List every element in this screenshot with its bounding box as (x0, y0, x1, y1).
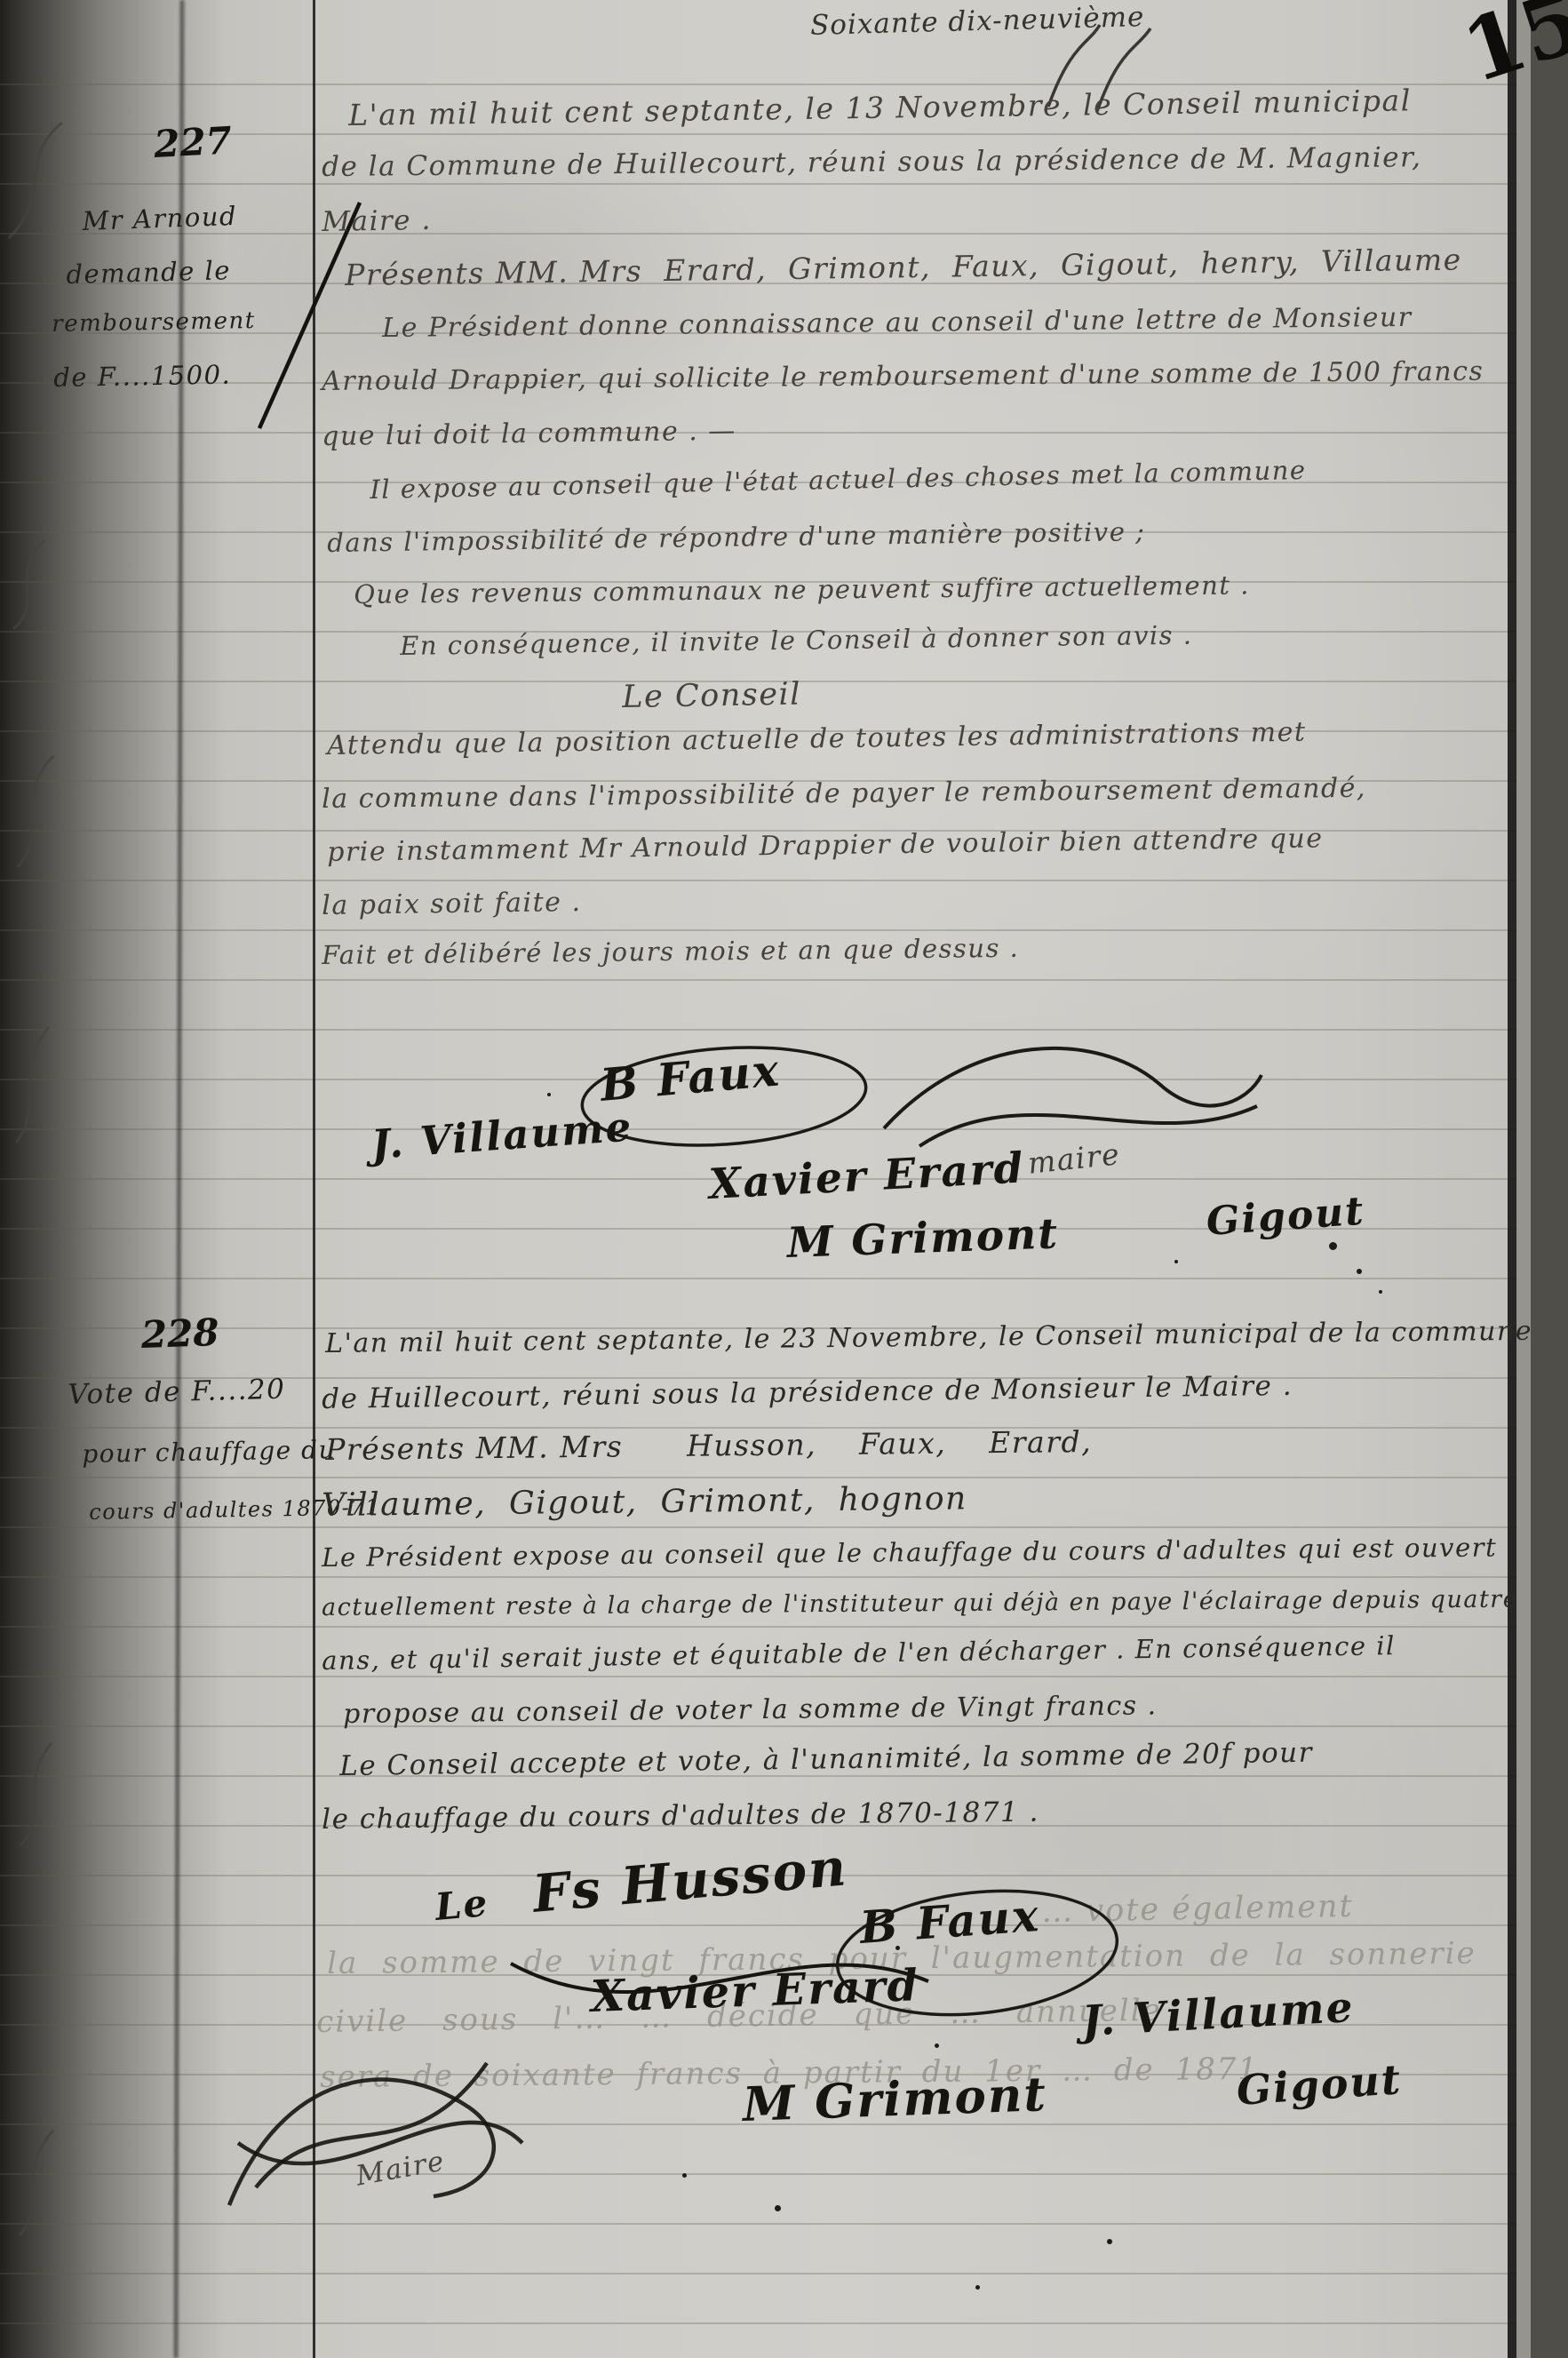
entry-227-text-line: Maire . (322, 204, 432, 238)
ink-splatter (682, 2173, 687, 2178)
entry-227-margin-note-line: Mr Arnoud (82, 201, 238, 236)
entry-228-number: 228 (140, 1310, 219, 1357)
entry-227-text-line: de la Commune de Huillecourt, réuni sous… (322, 141, 1422, 183)
entry-227-text-line: Le Président donne connaissance au conse… (382, 302, 1413, 344)
entry-227-number: 227 (153, 118, 233, 166)
signature-grimont: M Grimont (742, 2067, 1048, 2132)
signature-erard: Xavier Erard (708, 1143, 1026, 1209)
entry-227-text-line: Présents MM. Mrs Erard, Grimont, Faux, G… (345, 242, 1462, 292)
ink-splatter (547, 1093, 551, 1096)
ink-splatter (1329, 1242, 1337, 1250)
entry-228-text-line: le chauffage du cours d'adultes de 1870-… (322, 1796, 1039, 1836)
ink-splatter (1357, 1269, 1362, 1274)
entry-227-text-line: En conséquence, il invite le Conseil à d… (400, 620, 1193, 661)
ink-splatter (1107, 2239, 1112, 2244)
entry-228-text-line: de Huillecourt, réuni sous la présidence… (322, 1370, 1293, 1415)
edge-writing-fragment (7, 1734, 60, 1850)
entry-227-text-line: la commune dans l'impossibilité de payer… (322, 773, 1366, 815)
entry-227-text-line: Le Conseil (622, 676, 801, 715)
edge-writing-fragment (0, 743, 62, 876)
page-binding-edge (174, 0, 185, 2358)
entry-228-text-line: Villaume, Gigout, Grimont, hognon (322, 1480, 967, 1524)
ink-splatter (1304, 1214, 1309, 1218)
right-page-edge (1508, 0, 1568, 2358)
edge-writing-fragment (0, 531, 53, 638)
signature-husson: Fs Husson (530, 1836, 850, 1924)
entry-228-text-line: Le Conseil accepte et vote, à l'unanimit… (339, 1737, 1313, 1782)
entry-228-margin-note-line: pour chauffage du (82, 1435, 336, 1469)
ink-splatter (975, 2285, 980, 2290)
edge-writing-fragment (0, 1018, 53, 1151)
entry-227-text-line: Attendu que la position actuelle de tout… (327, 717, 1307, 761)
entry-227-text-line: la paix soit faite . (322, 887, 582, 921)
signature-le-word: Le (434, 1881, 490, 1929)
ink-splatter (1379, 1290, 1382, 1294)
entry-227-text-line: Il expose au conseil que l'état actuel d… (370, 455, 1307, 505)
ink-splatter (1174, 1260, 1178, 1263)
entry-227-text-line: Arnould Drappier, qui sollicite le rembo… (322, 356, 1484, 397)
entry-227-margin-note-line: demande le (66, 255, 231, 290)
entry-227-text-line: prie instamment Mr Arnould Drappier de v… (327, 823, 1324, 868)
entry-228-text-line: Le Président expose au conseil que le ch… (322, 1532, 1497, 1573)
entry-228-text-line: Présents MM. Mrs Husson, Faux, Erard, (325, 1424, 1092, 1467)
entry-228-text-line: actuellement reste à la charge de l'inst… (322, 1586, 1518, 1621)
ink-splatter (775, 2205, 781, 2211)
entry-228-text-line: ans, et qu'il serait juste et équitable … (322, 1630, 1396, 1676)
maire-signature-flourish (203, 2036, 540, 2223)
entry-227-text-line: Que les revenus communaux ne peuvent suf… (354, 570, 1250, 609)
signature-grimont: M Grimont (786, 1209, 1060, 1268)
signature-gigout: Gigout (1235, 2055, 1404, 2115)
signature-gigout: Gigout (1205, 1189, 1366, 1245)
entry-227-text-line: L'an mil huit cent septante, le 13 Novem… (348, 83, 1412, 132)
entry-228-text-line: L'an mil huit cent septante, le 23 Novem… (325, 1316, 1532, 1359)
scanned-register-page: Soixante dix-neuvième 157 227 Mr Arnoud … (0, 0, 1568, 2358)
entry-227-text-line: dans l'impossibilité de répondre d'une m… (327, 516, 1146, 558)
entry-227-text-line: Fait et délibéré les jours mois et an qu… (322, 933, 1019, 970)
entry-227-margin-note-line: remboursement (52, 307, 256, 338)
entry-228-margin-note-line: Vote de F....20 (68, 1374, 286, 1411)
ink-splatter (935, 2043, 939, 2048)
signature-villaume: J. Villaume (370, 1103, 634, 1168)
entry-228-text-line: propose au conseil de voter la somme de … (343, 1690, 1158, 1730)
edge-writing-fragment (0, 2120, 62, 2244)
entry-227-margin-note-line: de F....1500. (53, 360, 232, 393)
ink-splatter (895, 1946, 900, 1950)
edge-writing-fragment (0, 114, 71, 247)
entry-227-text-line: que lui doit la commune . — (322, 415, 736, 452)
